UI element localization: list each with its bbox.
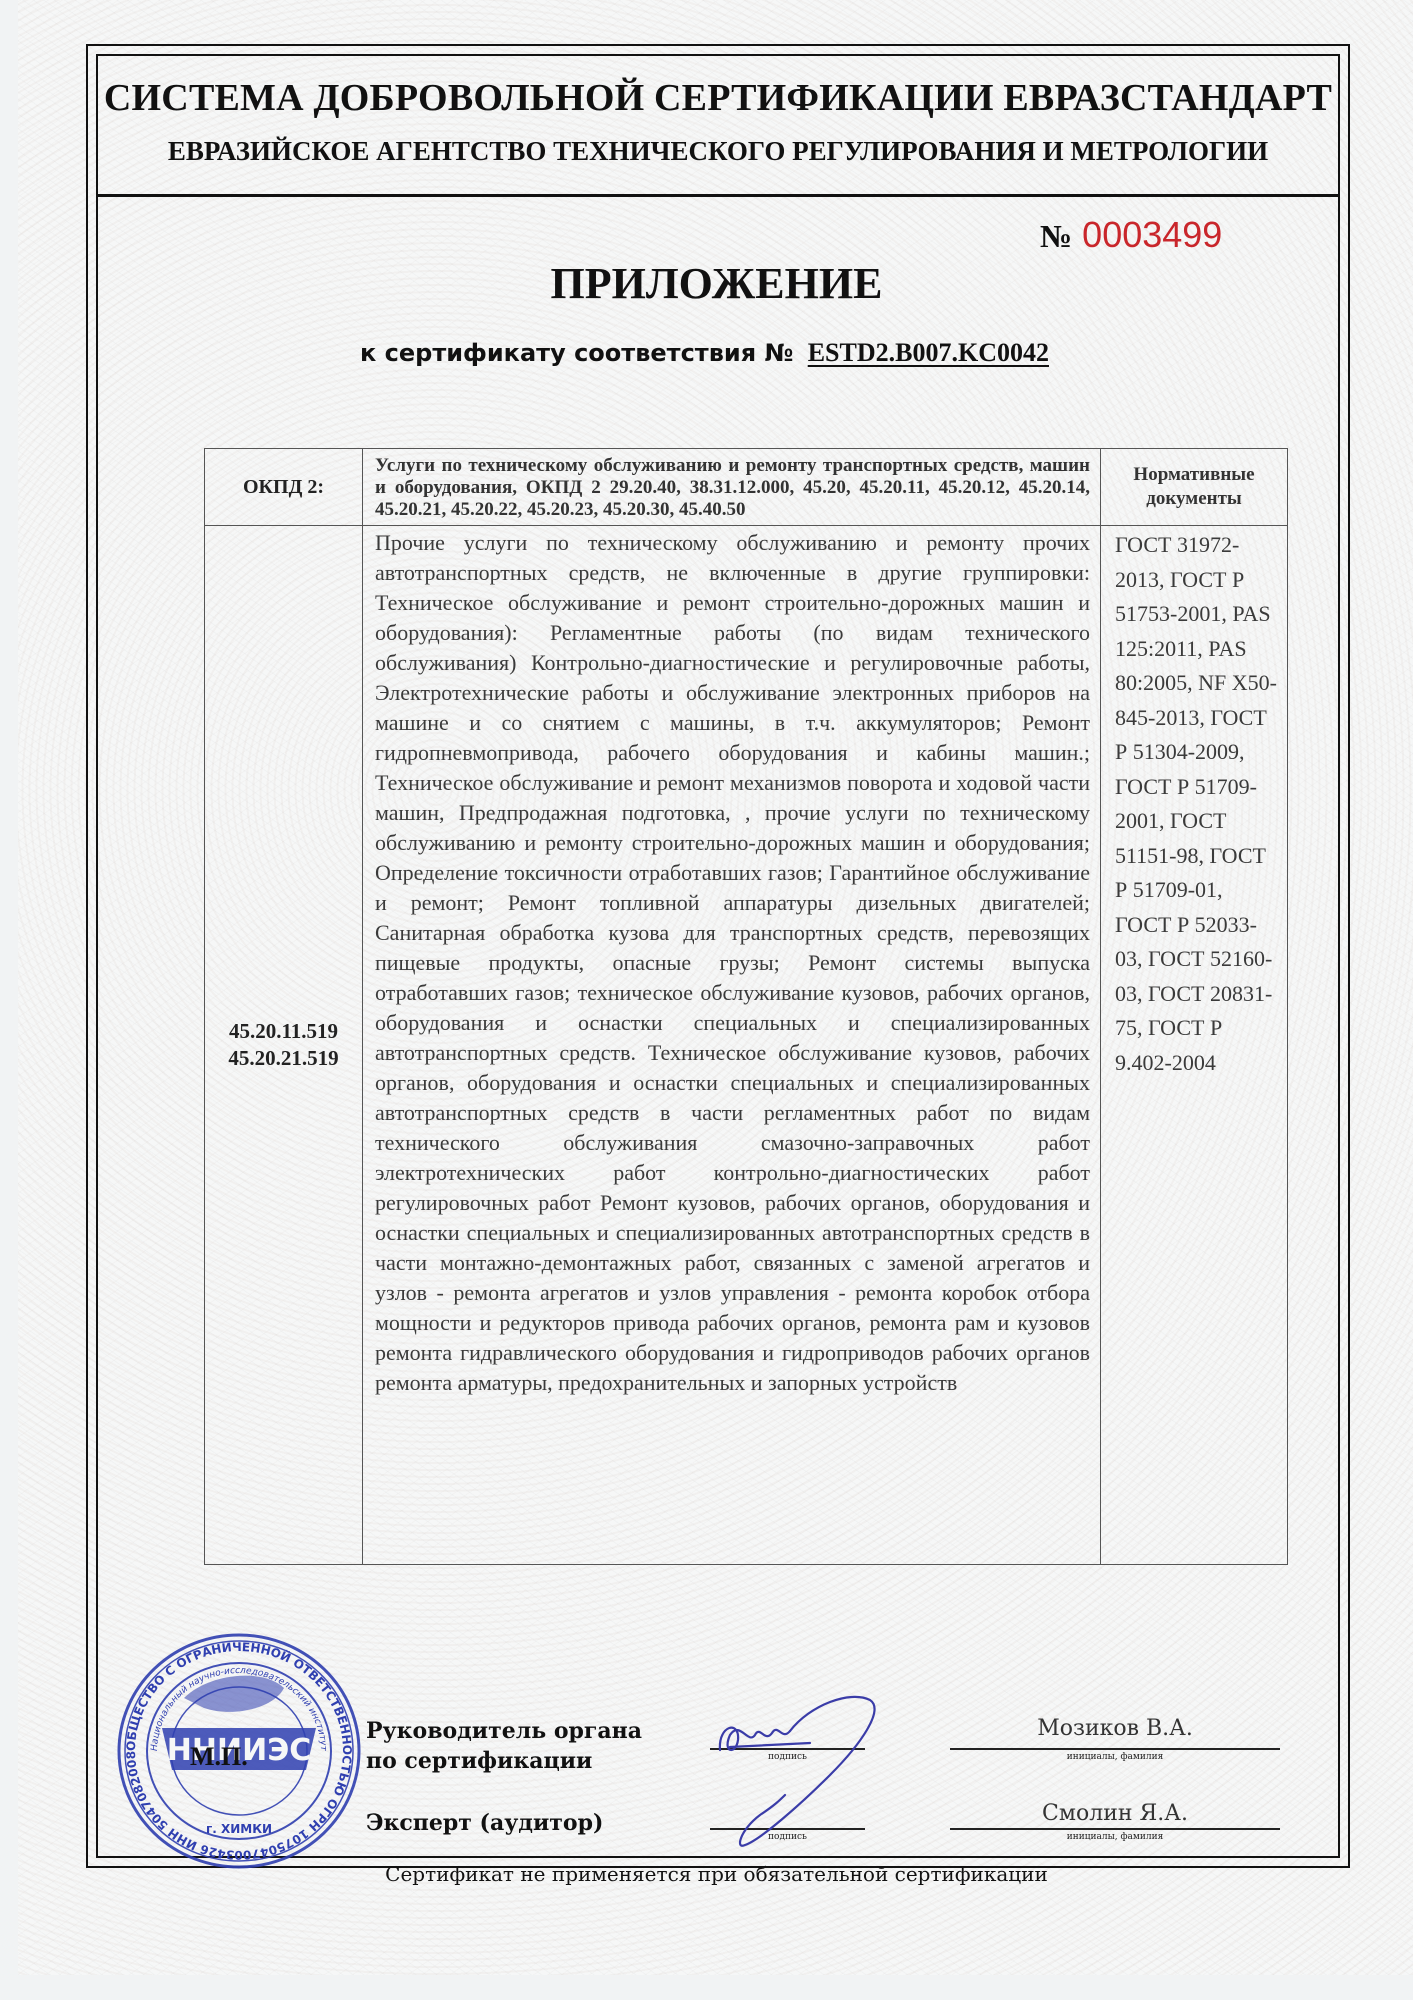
footer-note: Сертификат не применяется при обязательн…	[0, 1862, 1413, 1886]
okpd-code: 45.20.21.519	[206, 1045, 361, 1072]
documents-header-line2: документы	[1102, 487, 1286, 511]
okpd-codes: 45.20.11.519 45.20.21.519	[205, 526, 363, 1565]
head-role-line2: по сертификации	[366, 1746, 642, 1776]
seal-mark: М.П.	[190, 1742, 248, 1772]
serial-number: № 0003499	[1040, 214, 1222, 256]
table-header-row: ОКПД 2: Услуги по техническому обслужива…	[205, 449, 1288, 526]
certificate-number: ESTD2.B007.KC0042	[808, 338, 1049, 367]
okpd-header-description: Услуги по техническому обслуживанию и ре…	[363, 449, 1101, 526]
certificate-prefix: к сертификату соответствия №	[360, 339, 793, 367]
okpd-code: 45.20.11.519	[206, 1018, 361, 1045]
expert-name-caption: инициалы, фамилия	[950, 1832, 1280, 1842]
appendix-title: ПРИЛОЖЕНИЕ	[0, 258, 1413, 309]
documents-header: Нормативные документы	[1101, 449, 1288, 526]
okpd-label: ОКПД 2:	[205, 449, 363, 526]
expert-name-line	[950, 1828, 1280, 1830]
head-name-line	[950, 1748, 1280, 1750]
okpd-table: ОКПД 2: Услуги по техническому обслужива…	[204, 448, 1288, 1565]
head-name: Мозиков В.А.	[950, 1716, 1280, 1741]
head-name-caption: инициалы, фамилия	[950, 1752, 1280, 1762]
serial-number-value: 0003499	[1082, 214, 1222, 255]
certificate-reference: к сертификату соответствия № ESTD2.B007.…	[360, 338, 1049, 368]
service-description: Прочие услуги по техническому обслуживан…	[363, 526, 1101, 1565]
number-sign: №	[1040, 218, 1072, 254]
system-title: СИСТЕМА ДОБРОВОЛЬНОЙ СЕРТИФИКАЦИИ ЕВРАЗС…	[96, 76, 1340, 120]
agency-subtitle: ЕВРАЗИЙСКОЕ АГЕНТСТВО ТЕХНИЧЕСКОГО РЕГУЛ…	[96, 136, 1340, 167]
table-row: 45.20.11.519 45.20.21.519 Прочие услуги …	[205, 526, 1288, 1565]
head-role-line1: Руководитель органа	[366, 1716, 642, 1746]
svg-text:г. ХИМКИ: г. ХИМКИ	[206, 1822, 272, 1836]
documents-header-line1: Нормативные	[1102, 463, 1286, 487]
expert-role: Эксперт (аудитор)	[366, 1808, 603, 1838]
handwritten-signature-icon	[700, 1695, 900, 1855]
head-role: Руководитель органа по сертификации	[366, 1716, 642, 1776]
normative-documents: ГОСТ 31972-2013, ГОСТ Р 51753-2001, PAS …	[1101, 526, 1288, 1565]
expert-name: Смолин Я.А.	[950, 1801, 1280, 1826]
